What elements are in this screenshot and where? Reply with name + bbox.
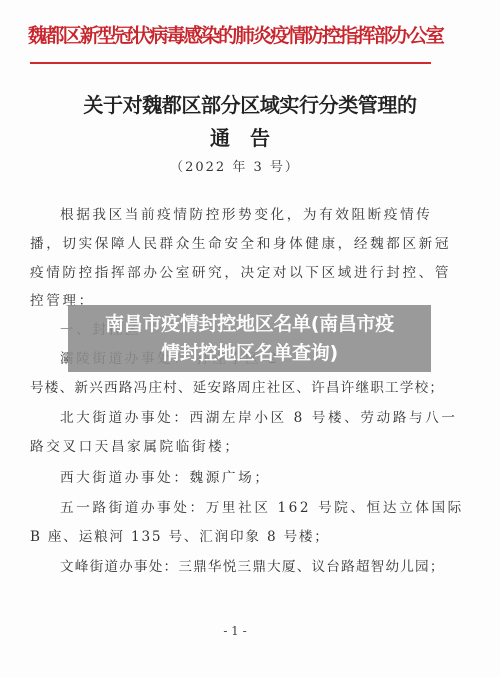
body-paragraph-line: 根据我区当前疫情防控形势变化，为有效阻断疫情传 xyxy=(60,205,432,225)
document-title: 关于对魏都区部分区域实行分类管理的 xyxy=(0,91,500,119)
body-paragraph-line: 路交叉口天昌家属院临街楼； xyxy=(30,437,241,457)
title-overlay-banner: 南昌市疫情封控地区名单(南昌市疫 情封控地区名单查询) xyxy=(68,305,431,372)
body-paragraph-line: 西大街道办事处：魏源广场； xyxy=(60,468,271,488)
issuer-header: 魏都区新型冠状病毒感染的肺炎疫情防控指挥部办公室 xyxy=(28,22,432,50)
body-paragraph-line: 号楼、新兴西路冯庄村、延安路周庄社区、许昌许继职工学校； xyxy=(30,378,444,398)
document-number: （2022 年 3 号） xyxy=(0,156,500,175)
overlay-title-line2: 情封控地区名单查询) xyxy=(161,339,338,368)
document-page: 魏都区新型冠状病毒感染的肺炎疫情防控指挥部办公室 关于对魏都区部分区域实行分类管… xyxy=(0,0,500,678)
body-paragraph-line: 北大街道办事处：西湖左岸小区 8 号楼、劳动路与八一 xyxy=(60,408,458,428)
document-title-notice: 通告 xyxy=(0,124,500,152)
body-paragraph-line: 五一路街道办事处：万里社区 162 号院、恒达立体国际 xyxy=(60,498,464,518)
red-divider xyxy=(30,62,431,64)
body-paragraph-line: B 座、运粮河 135 号、汇润印象 8 号楼； xyxy=(30,527,330,547)
overlay-title-line1: 南昌市疫情封控地区名单(南昌市疫 xyxy=(105,310,394,339)
body-paragraph-line: 文峰街道办事处：三鼎华悦三鼎大厦、议台路超智幼儿园； xyxy=(60,557,445,577)
body-paragraph-line: 疫情防控指挥部办公室研究，决定对以下区域进行封控、管 xyxy=(30,263,451,283)
page-number: - 1 - xyxy=(0,624,500,638)
body-paragraph-line: 播，切实保障人民群众生命安全和身体健康，经魏都区新冠 xyxy=(30,234,451,254)
